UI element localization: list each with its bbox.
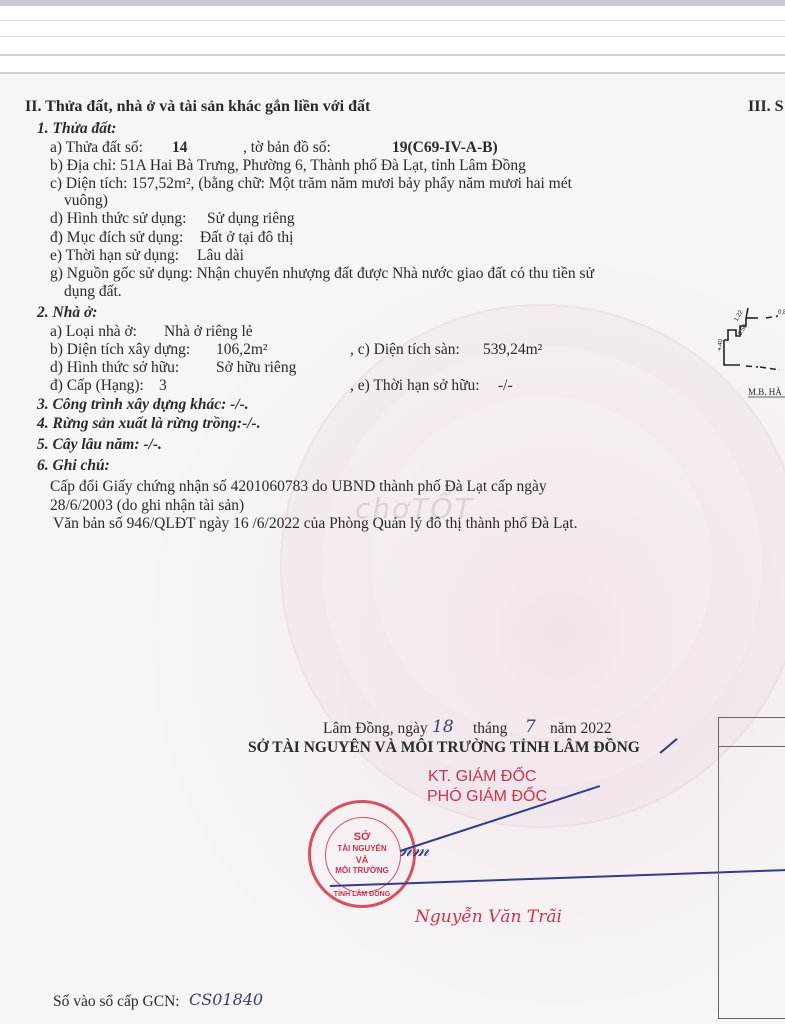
notes-line3: Văn bản số 946/QLĐT ngày 16 /6/2022 của … [53, 515, 578, 533]
issue-month: 7 [525, 718, 536, 736]
section-iii-frame [718, 717, 785, 1019]
usage-origin-line1: g) Nguồn gốc sử dụng: Nhận chuyển nhượng… [50, 265, 594, 283]
top-strip [0, 6, 785, 74]
registry-label: Số vào sổ cấp GCN: [53, 993, 180, 1011]
ownership-term-value: -/- [498, 377, 513, 395]
building-area-value: 106,2m² [216, 341, 268, 359]
signature-scribble: 𝓃𝓂 [400, 840, 429, 858]
house-heading: 2. Nhà ở: [37, 304, 97, 322]
usage-term-value: Lâu dài [197, 247, 244, 265]
production-forest: 4. Rừng sản xuất là rừng trồng:-/-. [37, 415, 261, 433]
notes-heading: 6. Ghi chú: [37, 457, 110, 475]
role-line2: PHÓ GIÁM ĐỐC [427, 788, 547, 806]
notes-line1: Cấp đổi Giấy chứng nhận số 4201060783 do… [50, 478, 547, 496]
place-date-prefix: Lâm Đồng, ngày [323, 720, 428, 738]
month-label: tháng [473, 720, 507, 738]
land-number-value: 14 [172, 139, 188, 157]
issue-day: 18 [432, 718, 454, 736]
map-sheet-label: , tờ bản đồ số: [243, 139, 331, 157]
floor-area-value: 539,24m² [483, 341, 542, 359]
issue-year: năm 2022 [550, 720, 612, 738]
land-address: b) Địa chỉ: 51A Hai Bà Trưng, Phường 6, … [50, 157, 526, 175]
registry-value: CS01840 [189, 991, 263, 1009]
grade-label: đ) Cấp (Hạng): [50, 377, 144, 395]
house-type-label: a) Loại nhà ở: [50, 323, 137, 341]
svg-text:0,85: 0,85 [778, 310, 785, 316]
usage-origin-line2: dụng đất. [64, 283, 122, 301]
usage-form-value: Sử dụng riêng [207, 210, 295, 228]
role-line1: KT. GIÁM ĐỐC [428, 768, 536, 786]
usage-form-label: d) Hình thức sử dụng: [50, 210, 187, 228]
land-heading: 1. Thửa đất: [37, 120, 116, 138]
land-area-line1: c) Diện tích: 157,52m², (bằng chữ: Một t… [50, 175, 572, 193]
land-area-line2: vuông) [64, 192, 108, 210]
section-ii-title: II. Thửa đất, nhà ở và tài sản khác gắn … [25, 98, 370, 116]
notes-line2: 28/6/2003 (do ghi nhận tài sản) [50, 497, 244, 515]
svg-text:0,50: 0,50 [738, 323, 749, 337]
perennial-trees: 5. Cây lâu năm: -/-. [37, 436, 162, 454]
issuing-agency: SỞ TÀI NGUYÊN VÀ MÔI TRƯỜNG TỈNH LÂM ĐỒN… [248, 739, 640, 757]
grade-value: 3 [159, 377, 167, 395]
floor-plan-diagram: 4,40 1,22 0,85 0,50 M.B. HÀ [718, 300, 785, 405]
section-iii-divider [718, 746, 785, 747]
land-number-label: a) Thửa đất số: [50, 139, 143, 157]
usage-purpose-value: Đất ở tại đô thị [200, 229, 293, 247]
section-iii-title: III. S [748, 98, 784, 116]
other-construction: 3. Công trình xây dựng khác: -/-. [37, 396, 249, 414]
usage-purpose-label: đ) Mục đích sử dụng: [50, 229, 183, 247]
svg-text:1,22: 1,22 [734, 309, 745, 323]
ownership-form-value: Sở hữu riêng [216, 359, 296, 377]
diagram-caption: M.B. HÀ [748, 387, 782, 397]
usage-term-label: e) Thời hạn sử dụng: [50, 247, 179, 265]
floor-area-label: , c) Diện tích sàn: [350, 341, 460, 359]
house-type-value: Nhà ở riêng lẻ [164, 323, 253, 341]
signer-name: Nguyễn Văn Trãi [415, 908, 562, 926]
building-area-label: b) Diện tích xây dựng: [50, 341, 190, 359]
ownership-form-label: d) Hình thức sở hữu: [50, 359, 179, 377]
ownership-term-label: , e) Thời hạn sở hữu: [350, 377, 480, 395]
map-sheet-value: 19(C69-IV-A-B) [392, 139, 498, 157]
